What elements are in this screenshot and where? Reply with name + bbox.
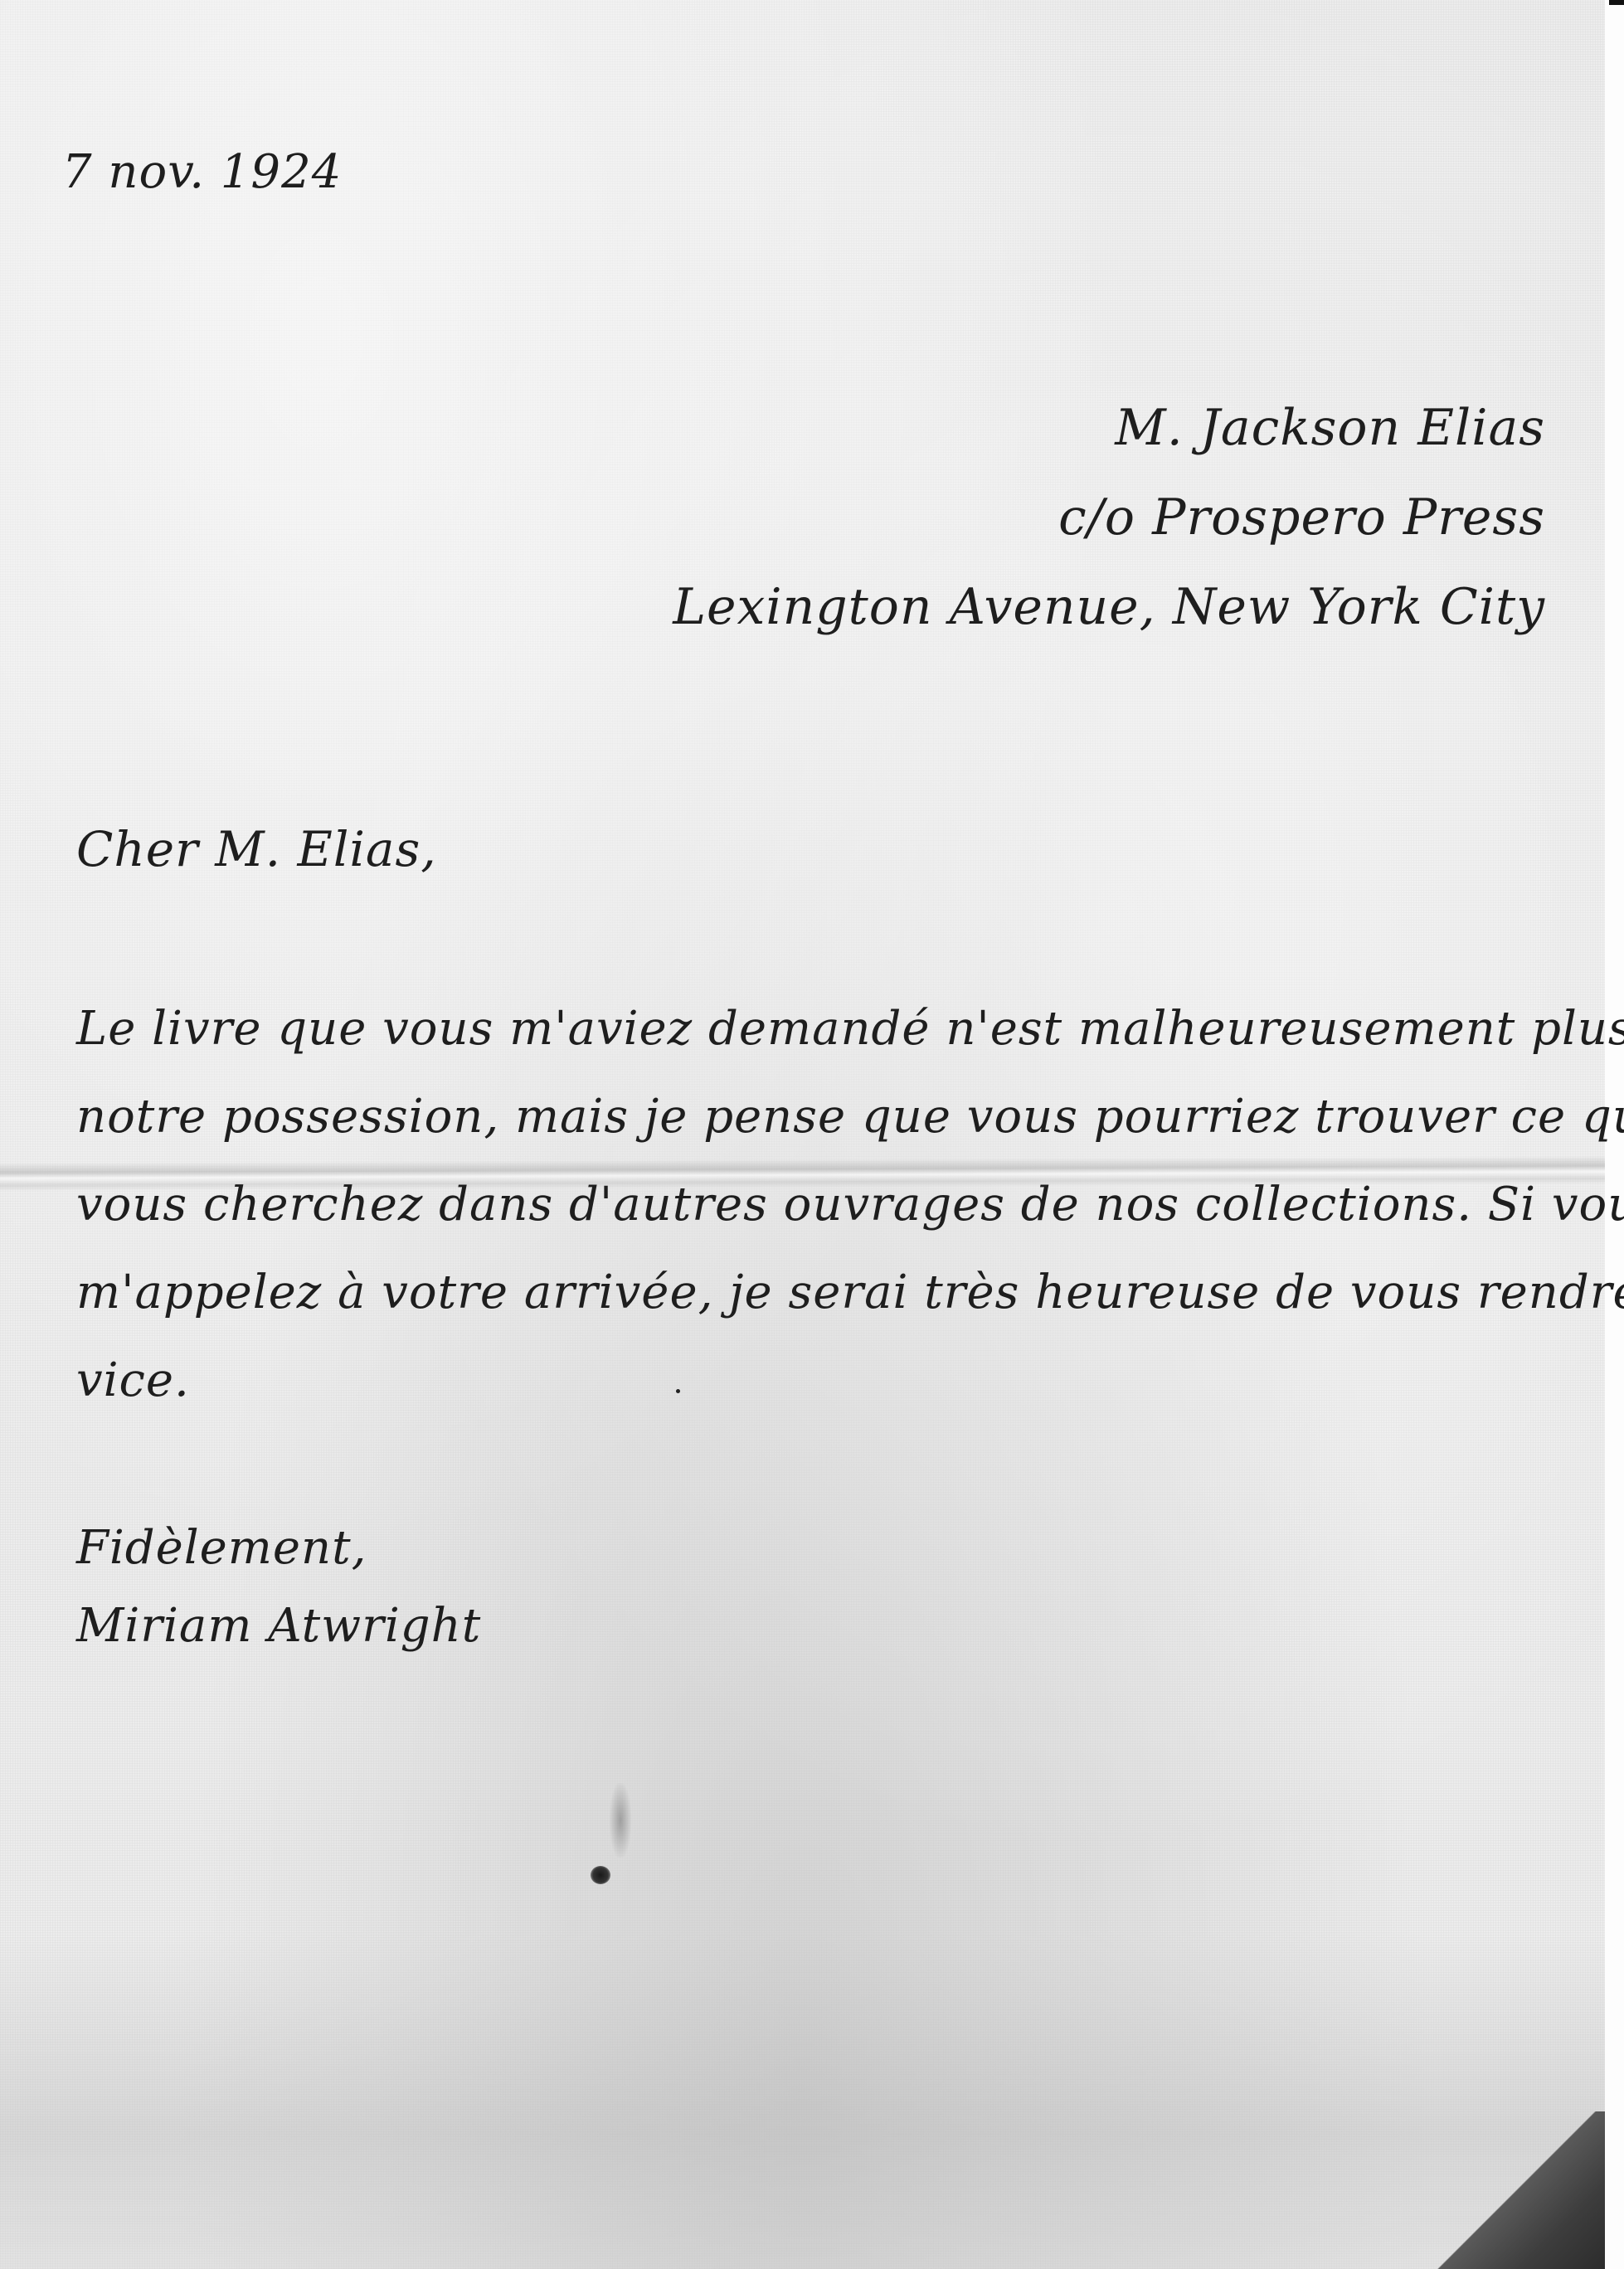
folded-corner bbox=[1427, 2111, 1605, 2269]
body-line: m'appelez à votre arrivée, je serai très… bbox=[76, 1249, 1561, 1337]
body-line: notre possession, mais je pense que vous… bbox=[76, 1073, 1561, 1161]
recipient-address: M. Jackson Elias c/o Prospero Press Lexi… bbox=[673, 383, 1545, 652]
scan-edge-mark bbox=[1609, 0, 1624, 5]
letter-body: Le livre que vous m'aviez demandé n'est … bbox=[76, 985, 1561, 1425]
letter-closing: Fidèlement, Miriam Atwright bbox=[76, 1509, 481, 1665]
salutation: Cher M. Elias, bbox=[76, 821, 437, 877]
paper-stain bbox=[0, 1932, 1605, 2269]
body-line: vous cherchez dans d'autres ouvrages de … bbox=[76, 1161, 1561, 1249]
body-line: vice. bbox=[76, 1337, 1561, 1425]
signature: Miriam Atwright bbox=[76, 1587, 481, 1665]
recipient-care-of: c/o Prospero Press bbox=[673, 473, 1545, 562]
closing-phrase: Fidèlement, bbox=[76, 1509, 481, 1587]
ink-blot bbox=[591, 1866, 610, 1884]
ink-smudge bbox=[610, 1783, 631, 1858]
letter-date: 7 nov. 1924 bbox=[62, 145, 342, 199]
recipient-name: M. Jackson Elias bbox=[673, 383, 1545, 473]
recipient-street-city: Lexington Avenue, New York City bbox=[673, 562, 1545, 652]
body-line: Le livre que vous m'aviez demandé n'est … bbox=[76, 985, 1561, 1073]
